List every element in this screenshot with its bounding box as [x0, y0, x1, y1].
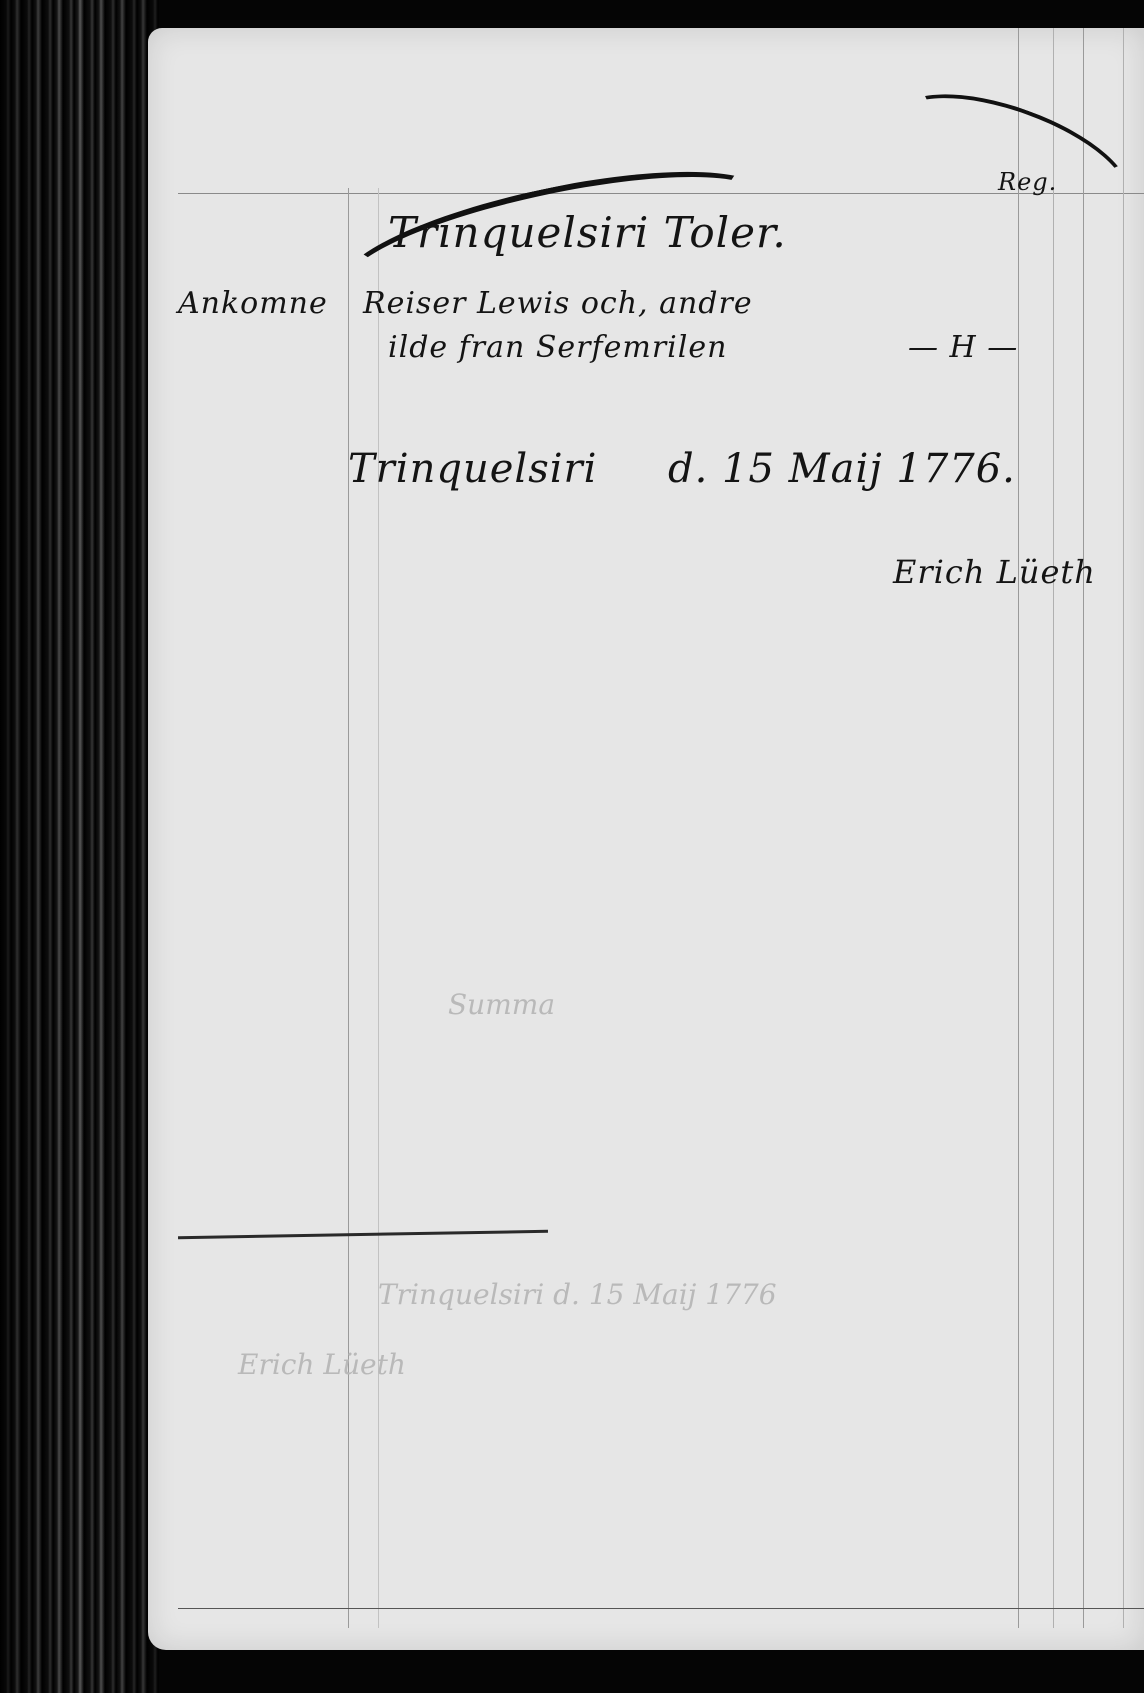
entry-amount: — H —: [908, 330, 1018, 365]
corner-flourish: [879, 69, 1144, 246]
bleed-through-text-3: Erich Lüeth: [238, 1348, 406, 1381]
entry-text-line-2: ilde fran Serfemrilen: [388, 330, 727, 365]
closing-place: Trinquelsiri: [348, 446, 597, 492]
amount-column-line-1: [1018, 28, 1019, 1628]
book-spine-edge: [0, 0, 160, 1693]
amount-column-line-2: [1053, 28, 1054, 1628]
closing-date: d. 15 Maij 1776.: [668, 446, 1016, 492]
amount-column-line-3: [1083, 28, 1084, 1628]
entry-margin-label: Ankomne: [178, 286, 328, 321]
entry-text-line-1: Reiser Lewis och, andre: [363, 286, 753, 321]
page-heading: Trinquelsiri Toler.: [388, 208, 787, 257]
bleed-through-text-2: Trinquelsiri d. 15 Maij 1776: [378, 1278, 777, 1311]
manuscript-page: Reg. Trinquelsiri Toler. Ankomne Reiser …: [148, 28, 1144, 1650]
amount-column-line-4: [1123, 28, 1124, 1628]
left-margin-line: [348, 188, 349, 1628]
bottom-ruling-line: [178, 1608, 1144, 1609]
bleed-through-stroke: [178, 1230, 548, 1239]
bleed-through-text-1: Summa: [448, 988, 555, 1021]
signature: Erich Lüeth: [893, 553, 1096, 591]
inner-margin-line: [378, 188, 379, 1628]
